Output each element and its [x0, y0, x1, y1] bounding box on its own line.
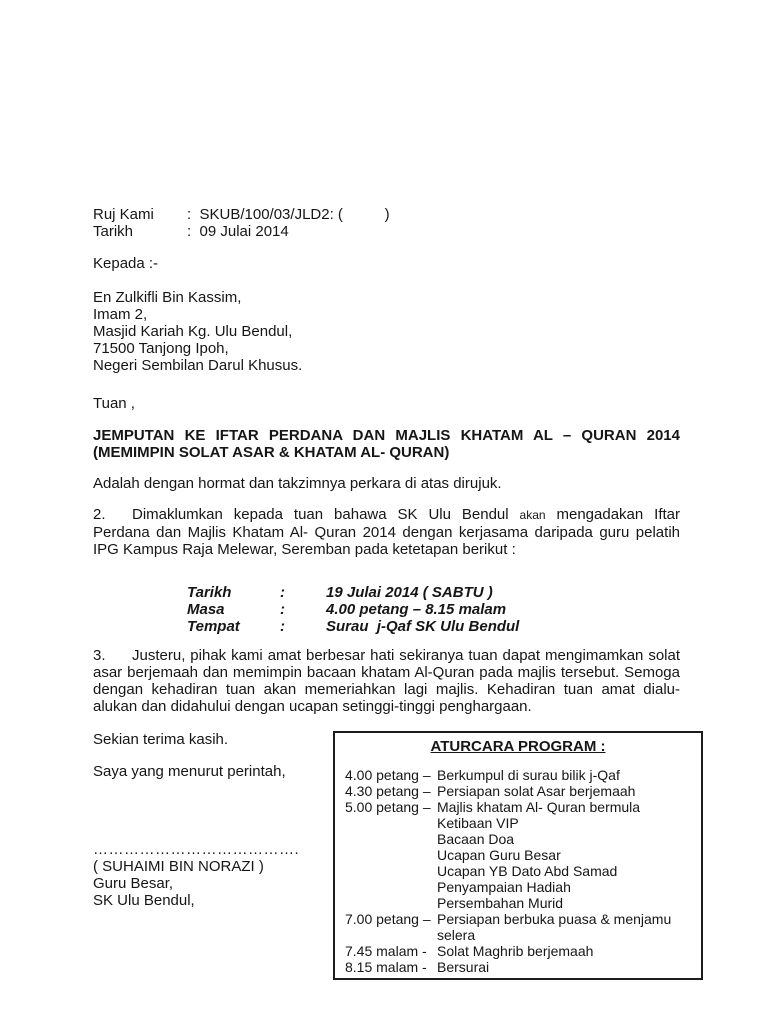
reference-row: Ruj Kami: SKUB/100/03/JLD2: ( ) [93, 206, 680, 223]
program-row: Bacaan Doa [345, 831, 691, 847]
detail-colon: : [280, 618, 326, 635]
date-label: Tarikh [93, 223, 187, 240]
date-value: : 09 Julai 2014 [187, 223, 289, 240]
recipient-line: 71500 Tanjong Ipoh, [93, 340, 680, 357]
program-row: Ketibaan VIP [345, 815, 691, 831]
recipient-line: Negeri Sembilan Darul Khusus. [93, 357, 680, 374]
schedule-activity: Penyampaian Hadiah [437, 879, 675, 895]
program-box: ATURCARA PROGRAM : 4.00 petang –Berkumpu… [333, 731, 703, 980]
schedule-time [345, 863, 433, 879]
detail-row-masa: Masa : 4.00 petang – 8.15 malam [187, 601, 680, 618]
order-line: Saya yang menurut perintah, [93, 763, 373, 780]
schedule-time: 8.15 malam - [345, 959, 433, 975]
reference-value: : SKUB/100/03/JLD2: ( ) [187, 206, 390, 223]
recipient-line: Imam 2, [93, 306, 680, 323]
program-row: Penyampaian Hadiah [345, 879, 691, 895]
program-row: 7.45 malam -Solat Maghrib berjemaah [345, 943, 691, 959]
program-row: Ucapan YB Dato Abd Samad [345, 863, 691, 879]
schedule-activity: Majlis khatam Al- Quran bermula [437, 799, 675, 815]
schedule-time [345, 895, 433, 911]
recipient-line: En Zulkifli Bin Kassim, [93, 289, 680, 306]
schedule-time: 7.45 malam - [345, 943, 433, 959]
thanks-line: Sekian terima kasih. [93, 731, 373, 748]
paragraph-2: 2.Dimaklumkan kepada tuan bahawa SK Ulu … [93, 506, 680, 558]
schedule-activity: Berkumpul di surau bilik j-Qaf [437, 767, 675, 783]
reference-block: Ruj Kami: SKUB/100/03/JLD2: ( ) Tarikh: … [93, 206, 680, 240]
paragraph-3-number: 3. [93, 647, 132, 664]
detail-label: Tarikh [187, 584, 280, 601]
schedule-activity: Persiapan solat Asar berjemaah [437, 783, 675, 799]
signatory-org: SK Ulu Bendul, [93, 892, 373, 909]
detail-colon: : [280, 601, 326, 618]
schedule-activity: Solat Maghrib berjemaah [437, 943, 675, 959]
paragraph-3-text: Justeru, pihak kami amat berbesar hati s… [93, 647, 680, 715]
signature-dotted-line: …………………………………. [93, 841, 373, 858]
detail-value: 4.00 petang – 8.15 malam [326, 601, 680, 618]
program-row: Ucapan Guru Besar [345, 847, 691, 863]
detail-row-tarikh: Tarikh : 19 Julai 2014 ( SABTU ) [187, 584, 680, 601]
program-heading: ATURCARA PROGRAM : [345, 738, 691, 755]
schedule-time [345, 815, 433, 831]
detail-colon: : [280, 584, 326, 601]
date-row: Tarikh: 09 Julai 2014 [93, 223, 680, 240]
recipient-block: En Zulkifli Bin Kassim, Imam 2, Masjid K… [93, 289, 680, 374]
detail-row-tempat: Tempat : Surau j-Qaf SK Ulu Bendul [187, 618, 680, 635]
schedule-activity: Ucapan YB Dato Abd Samad [437, 863, 675, 879]
schedule-activity: Persembahan Murid [437, 895, 675, 911]
intro-line: Adalah dengan hormat dan takzimnya perka… [93, 475, 680, 492]
kepada-line: Kepada :- [93, 255, 680, 272]
subject-title: JEMPUTAN KE IFTAR PERDANA DAN MAJLIS KHA… [93, 427, 680, 461]
schedule-activity: Bersurai [437, 959, 675, 975]
schedule-time [345, 879, 433, 895]
detail-label: Masa [187, 601, 280, 618]
signatory-role: Guru Besar, [93, 875, 373, 892]
schedule-time [345, 847, 433, 863]
program-row: 4.30 petang –Persiapan solat Asar berjem… [345, 783, 691, 799]
bottom-section: Sekian terima kasih. Saya yang menurut p… [93, 731, 680, 989]
reference-label: Ruj Kami [93, 206, 187, 223]
subject-line-2: (MEMIMPIN SOLAT ASAR & KHATAM AL- QURAN) [93, 444, 680, 461]
paragraph-3: 3.Justeru, pihak kami amat berbesar hati… [93, 647, 680, 715]
schedule-activity: Ucapan Guru Besar [437, 847, 675, 863]
program-row: 8.15 malam -Bersurai [345, 959, 691, 975]
schedule-activity: Ketibaan VIP [437, 815, 675, 831]
program-row: Persembahan Murid [345, 895, 691, 911]
detail-value: 19 Julai 2014 ( SABTU ) [326, 584, 680, 601]
event-details: Tarikh : 19 Julai 2014 ( SABTU ) Masa : … [187, 584, 680, 635]
program-row: 7.00 petang –Persiapan berbuka puasa & m… [345, 911, 691, 943]
paragraph-2-small-word: akan [520, 508, 546, 522]
program-row: 5.00 petang –Majlis khatam Al- Quran ber… [345, 799, 691, 815]
schedule-time: 7.00 petang – [345, 911, 433, 943]
subject-line-1: JEMPUTAN KE IFTAR PERDANA DAN MAJLIS KHA… [93, 427, 680, 444]
schedule-activity: Persiapan berbuka puasa & menjamu selera [437, 911, 675, 943]
paragraph-2-number: 2. [93, 506, 132, 523]
detail-value: Surau j-Qaf SK Ulu Bendul [326, 618, 680, 635]
signatory-name: ( SUHAIMI BIN NORAZI ) [93, 858, 373, 875]
signature-column: Sekian terima kasih. Saya yang menurut p… [93, 731, 373, 909]
schedule-activity: Bacaan Doa [437, 831, 675, 847]
paragraph-2-text-before: Dimaklumkan kepada tuan bahawa SK Ulu Be… [132, 506, 520, 523]
schedule-time [345, 831, 433, 847]
schedule-time: 4.00 petang – [345, 767, 433, 783]
schedule-time: 5.00 petang – [345, 799, 433, 815]
recipient-line: Masjid Kariah Kg. Ulu Bendul, [93, 323, 680, 340]
schedule-time: 4.30 petang – [345, 783, 433, 799]
letter-page: Ruj Kami: SKUB/100/03/JLD2: ( ) Tarikh: … [0, 0, 768, 1024]
program-row: 4.00 petang –Berkumpul di surau bilik j-… [345, 767, 691, 783]
greeting-line: Tuan , [93, 395, 680, 412]
detail-label: Tempat [187, 618, 280, 635]
letter-content: Ruj Kami: SKUB/100/03/JLD2: ( ) Tarikh: … [93, 0, 680, 989]
